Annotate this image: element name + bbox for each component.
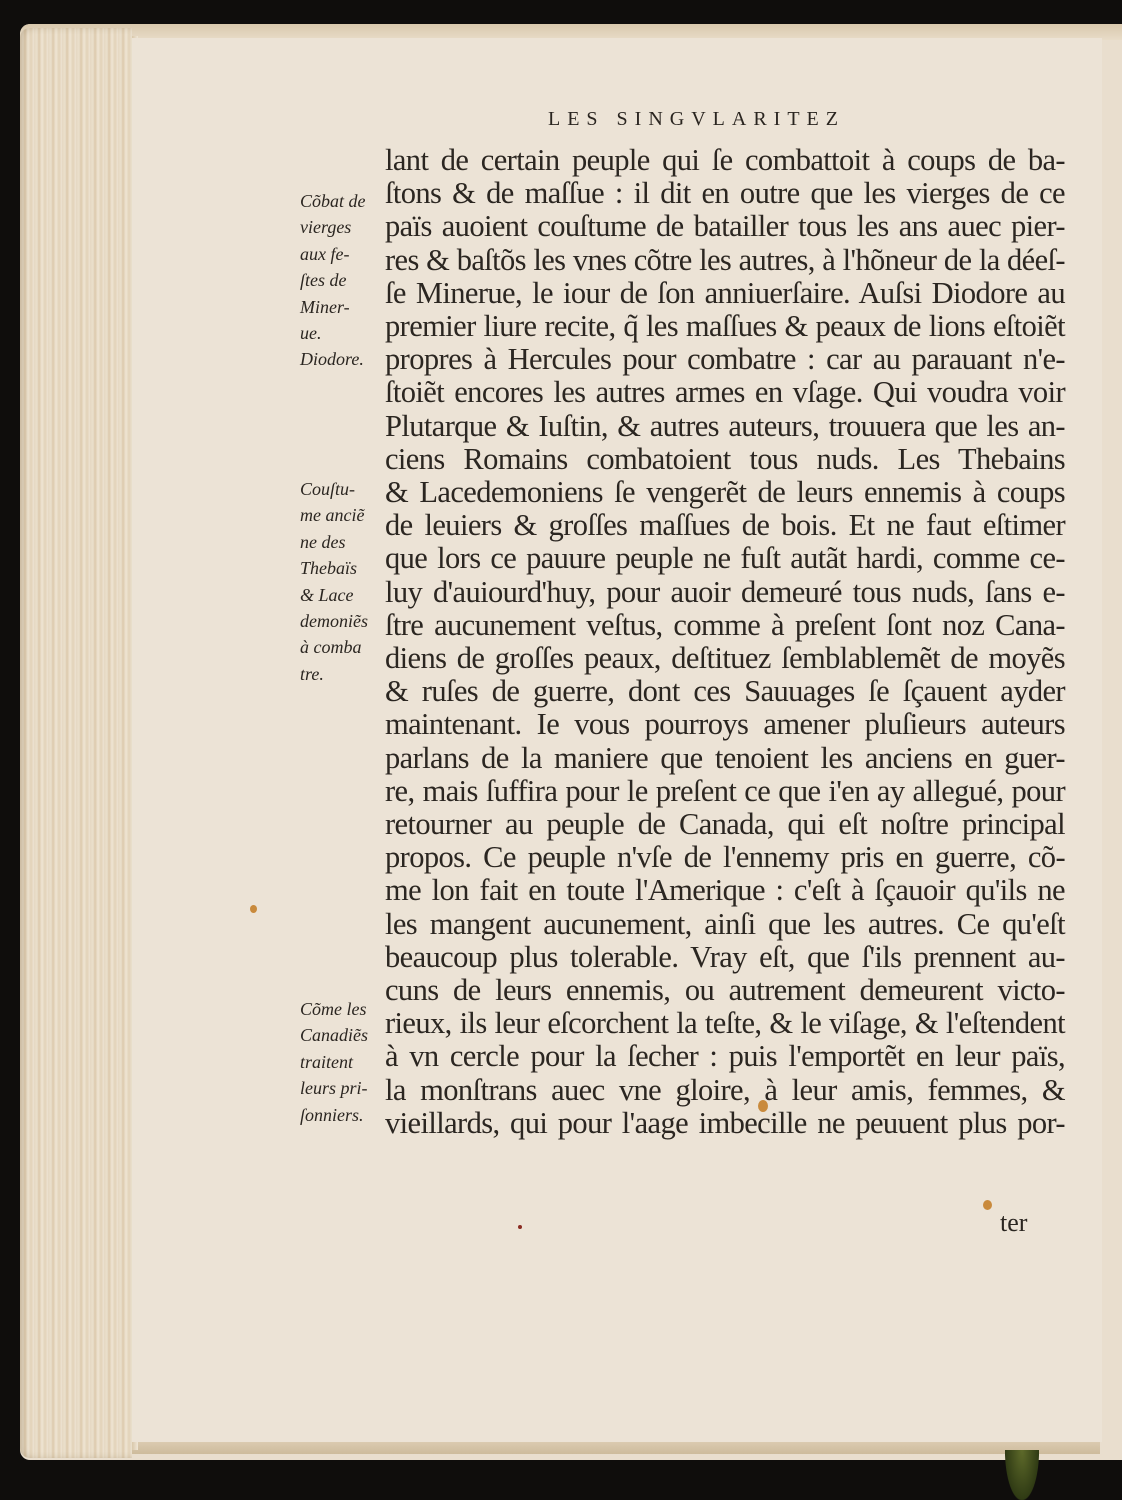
margin-note-line: traitent [300, 1049, 384, 1075]
margin-note-line: ue. [300, 320, 384, 346]
margin-note-line: Cõbat de [300, 188, 384, 214]
text-line: parlans de la maniere que tenoient les a… [385, 742, 1065, 775]
text-line: rieux, ils leur eſcorchent la teſte, & l… [385, 1007, 1065, 1040]
margin-note-line: me anciẽ [300, 502, 384, 528]
ink-spot [518, 1225, 522, 1229]
text-line: lant de certain peuple qui ſe combattoit… [385, 144, 1065, 177]
text-line: retourner au peuple de Canada, qui eſt n… [385, 808, 1065, 841]
text-line: à vn cercle pour la ſecher : puis l'empo… [385, 1040, 1065, 1073]
text-line: les mangent aucunement, ainſi que les au… [385, 908, 1065, 941]
text-line: ſe Minerue, le iour de ſon anniuerſaire.… [385, 277, 1065, 310]
text-line: ſtoiẽt encores les autres armes en vſage… [385, 376, 1065, 409]
margin-note-line: Miner- [300, 294, 384, 320]
text-line: re, mais ſuffira pour le preſent ce que … [385, 775, 1065, 808]
text-line: cuns de leurs ennemis, ou autrement deme… [385, 974, 1065, 1007]
margin-note-line: à comba [300, 634, 384, 660]
page-fore-edge [20, 28, 132, 1458]
text-line: que lors ce pauure peuple ne fuſt autãt … [385, 542, 1065, 575]
text-line: ſtre aucunement veſtus, comme à preſent … [385, 609, 1065, 642]
margin-note-line: vierges [300, 214, 384, 240]
text-line: premier liure recite, q̃ les maſſues & p… [385, 310, 1065, 343]
text-line: & ruſes de guerre, dont ces Sauuages ſe … [385, 675, 1065, 708]
margin-note-combat-vierges: Cõbat de vierges aux fe- ſtes de Miner- … [300, 188, 384, 373]
text-line: propos. Ce peuple n'vſe de l'ennemy pris… [385, 841, 1065, 874]
text-line: & Lacedemoniens ſe vengerẽt de leurs enn… [385, 476, 1065, 509]
text-line: me lon fait en toute l'Amerique : c'eſt … [385, 874, 1065, 907]
text-line: Plutarque & Iuſtin, & autres auteurs, tr… [385, 410, 1065, 443]
body-text: lant de certain peuple qui ſe combattoit… [385, 144, 1065, 1140]
margin-note-coustume-ancienne: Couſtu- me anciẽ ne des Thebaïs & Lace d… [300, 476, 384, 687]
margin-note-line: demoniẽs [300, 608, 384, 634]
margin-note-line: Diodore. [300, 346, 384, 372]
text-line: vieillards, qui pour l'aage imbecille ne… [385, 1107, 1065, 1140]
foxing-stain [758, 1100, 768, 1112]
text-line: diens de groſſes peaux, deſtituez ſembla… [385, 642, 1065, 675]
margin-note-line: Couſtu- [300, 476, 384, 502]
margin-note-line: ſtes de [300, 267, 384, 293]
text-line: propres à Hercules pour combatre : car a… [385, 343, 1065, 376]
text-line: maintenant. Ie vous pourroys amener pluſ… [385, 708, 1065, 741]
text-line: de leuiers & groſſes maſſues de bois. Et… [385, 509, 1065, 542]
margin-note-line: aux fe- [300, 241, 384, 267]
text-line: la monſtrans auec vne gloire, à leur ami… [385, 1074, 1065, 1107]
ink-spot [250, 905, 257, 913]
margin-note-line: Cõme les [300, 996, 384, 1022]
text-line: beaucoup plus tolerable. Vray eſt, que ſ… [385, 941, 1065, 974]
margin-note-canadiens-prisonniers: Cõme les Canadiẽs traitent leurs pri- ſo… [300, 996, 384, 1128]
margin-note-line: Thebaïs [300, 555, 384, 581]
text-line: res & baſtõs les vnes cõtre les autres, … [385, 244, 1065, 277]
foxing-stain [983, 1200, 992, 1210]
margin-note-line: tre. [300, 661, 384, 687]
margin-note-line: & Lace [300, 582, 384, 608]
margin-note-line: leurs pri- [300, 1075, 384, 1101]
margin-note-line: ſonniers. [300, 1102, 384, 1128]
text-line: luy d'auiourd'huy, pour auoir demeuré to… [385, 576, 1065, 609]
text-line: ſtons & de maſſue : il dit en outre que … [385, 177, 1065, 210]
margin-note-line: Canadiẽs [300, 1022, 384, 1048]
margin-note-line: ne des [300, 529, 384, 555]
catchword: ter [1000, 1208, 1027, 1238]
text-line: ciens Romains combatoient tous nuds. Les… [385, 443, 1065, 476]
text-line: païs auoient couſtume de batailler tous … [385, 210, 1065, 243]
ribbon-marker [1005, 1450, 1039, 1500]
running-head: LES SINGVLARITEZ [548, 108, 878, 131]
book-bottom-edge [20, 1440, 1100, 1454]
